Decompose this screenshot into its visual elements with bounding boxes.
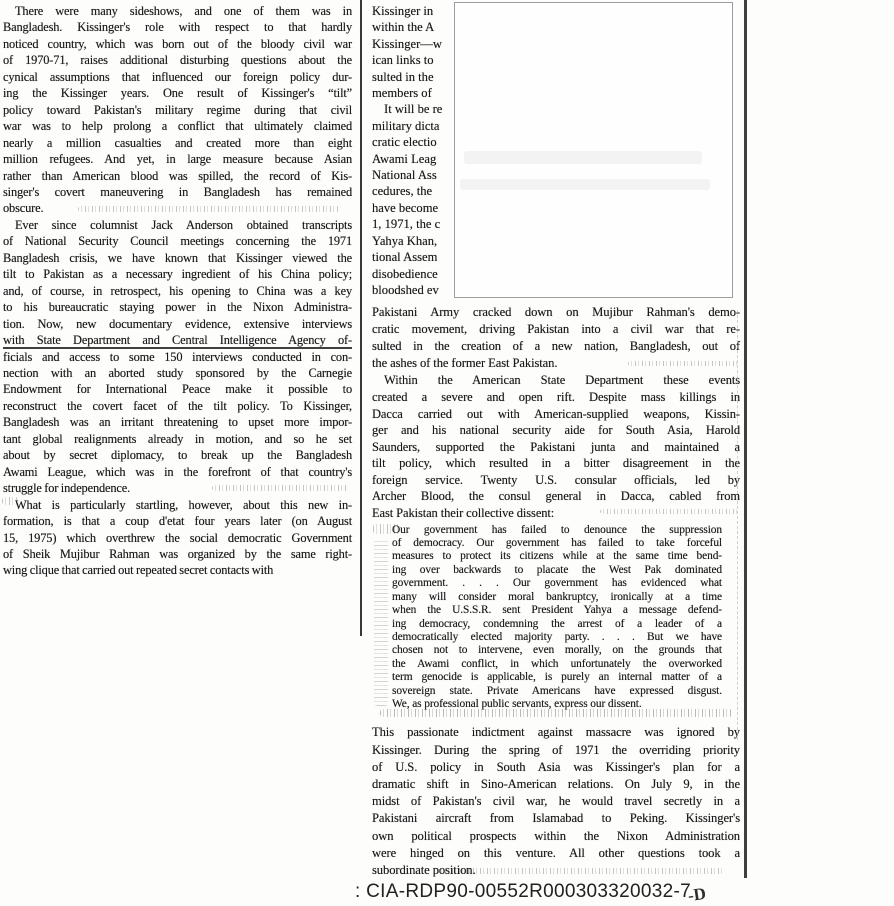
text-line: reconstruct the covert facet of the tilt… xyxy=(3,398,352,414)
text-line: tant global realignments already in moti… xyxy=(3,431,352,447)
text-line: tilt to Pakistan as a necessary ingredie… xyxy=(3,266,352,282)
text-line: sulted in the creation of a new nation, … xyxy=(372,338,740,355)
ghost-text-bar xyxy=(460,179,710,190)
text-line: Pakistani Army cracked down on Mujibur R… xyxy=(372,304,740,321)
scan-smudge xyxy=(78,206,340,212)
text-line: Bangladesh was an irritant threatening t… xyxy=(3,414,352,430)
page-right-border-rule xyxy=(744,0,747,878)
text-line: term genocide is applicable, is purely a… xyxy=(392,671,722,684)
text-line: of 1970-71, raises additional disturbing… xyxy=(3,52,352,68)
text-line: the Awami conflict, in which unfortunate… xyxy=(392,658,722,671)
text-line: Archer Blood, the consul general in Dacc… xyxy=(372,488,740,505)
scan-smudge xyxy=(600,509,738,514)
blockquote-dissent-cable: Our government has failed to denounce th… xyxy=(392,524,722,712)
text-line: Within the American State Department the… xyxy=(372,372,740,389)
text-line: to his bureaucratic staying power in the… xyxy=(3,299,352,315)
text-line: of National Security Council meetings co… xyxy=(3,233,352,249)
left-text-column: There were many sideshows, and one of th… xyxy=(3,3,352,579)
text-line: were hinged on this venture. All other q… xyxy=(372,845,740,862)
text-line: created a severe and open rift. Despite … xyxy=(372,389,740,406)
scan-smudge xyxy=(438,868,723,874)
column-divider-rule xyxy=(360,0,362,636)
text-line: Saunders, supported the Pakistani junta … xyxy=(372,439,740,456)
text-line: What is particularly startling, however,… xyxy=(3,497,352,513)
text-line: Endowment for International Peace make i… xyxy=(3,381,352,397)
scan-smudge xyxy=(2,497,18,505)
text-line: Bangladesh. Kissinger's role with respec… xyxy=(3,19,352,35)
text-line: of U.S. policy in South Asia was Kissing… xyxy=(372,759,740,776)
text-line: singer's covert maneuvering in Banglades… xyxy=(3,184,352,200)
text-line: Ever since columnist Jack Anderson obtai… xyxy=(3,217,352,233)
text-line: formation, is that a coup d'etat four ye… xyxy=(3,513,352,529)
text-line: dramatic shift in Sino-American relation… xyxy=(372,776,740,793)
text-line: tion. Now, new documentary evidence, ext… xyxy=(3,316,352,332)
text-line: 15, 1975) which overthrew the social dem… xyxy=(3,530,352,546)
text-line: of Sheik Mujibur Rahman was organized by… xyxy=(3,546,352,562)
text-line: There were many sideshows, and one of th… xyxy=(3,3,352,19)
text-line: about by secret diplomacy, to break up t… xyxy=(3,447,352,463)
text-line: with State Department and Central Intell… xyxy=(3,332,352,348)
text-line: Kissinger. During the spring of 1971 the… xyxy=(372,742,740,759)
text-line: chosen not to intervene, even morally, o… xyxy=(392,644,722,657)
text-line: midst of Pakistan's civil war, he would … xyxy=(372,793,740,810)
text-line: wing clique that carried out repeated se… xyxy=(3,562,352,578)
text-line: ing the Kissinger years. One result of K… xyxy=(3,85,352,101)
text-line: nearly a million casualties and created … xyxy=(3,135,352,151)
ghost-text-bar xyxy=(464,151,702,164)
text-line: Awami League, which was in the forefront… xyxy=(3,464,352,480)
text-line: nection with an aborted study sponsored … xyxy=(3,365,352,381)
text-line: ficials and access to some 150 interview… xyxy=(3,349,352,365)
text-line: Our government has failed to denounce th… xyxy=(392,524,722,537)
text-line: policy toward Pakistan's military regime… xyxy=(3,102,352,118)
text-line: noticed country, which was born out of t… xyxy=(3,36,352,52)
text-line: many will consider moral bankruptcy, iro… xyxy=(392,591,722,604)
text-line: government. . . . Our government has evi… xyxy=(392,577,722,590)
text-line: cratic movement, driving Pakistan into a… xyxy=(372,321,740,338)
text-line: This passionate indictment against massa… xyxy=(372,724,740,741)
blank-overlay-box xyxy=(454,2,733,298)
corner-stamp-mark: -D xyxy=(687,884,708,906)
text-line: own political prospects within the Nixon… xyxy=(372,828,740,845)
text-line: Pakistani aircraft from Islamabad to Pek… xyxy=(372,810,740,827)
scan-smudge xyxy=(373,524,401,534)
scan-artifact-dashed-rule xyxy=(737,310,738,740)
paragraph-state-department-rift: Within the American State Department the… xyxy=(372,372,740,521)
text-line: ing over backwards to placate the West P… xyxy=(392,564,722,577)
text-line: foreign service. Twenty U.S. consular of… xyxy=(372,472,740,489)
scan-smudge xyxy=(380,709,732,717)
text-line: democratically elected majority party. .… xyxy=(392,631,722,644)
text-line: of democracy. Our government has failed … xyxy=(392,537,722,550)
paragraph-closing: This passionate indictment against massa… xyxy=(372,724,740,879)
text-line: Dacca carried out with American-supplied… xyxy=(372,406,740,423)
scan-smudge xyxy=(628,361,738,366)
text-line: cynical assumptions that influenced our … xyxy=(3,69,352,85)
scanned-document-page: There were many sideshows, and one of th… xyxy=(0,0,894,906)
text-line: measures to protect its citizens while a… xyxy=(392,550,722,563)
text-line: and, of course, in retrospect, his openi… xyxy=(3,283,352,299)
text-line: when the U.S.S.R. sent President Yahya a… xyxy=(392,604,722,617)
document-reference-number: : CIA-RDP90-00552R000303320032-7 xyxy=(355,881,691,903)
text-line: war was to help prolong a conflict that … xyxy=(3,118,352,134)
text-line: ger and his national security aide for S… xyxy=(372,422,740,439)
text-line: sovereign state. Private Americans have … xyxy=(392,685,722,698)
text-line: Bangladesh crisis, we have known that Ki… xyxy=(3,250,352,266)
text-line: tilt policy, which resulted in a bitter … xyxy=(372,455,740,472)
scan-smudge-strip xyxy=(374,538,388,706)
text-line: ing democracy, condemning the arrest of … xyxy=(392,618,722,631)
text-line: rather than American blood was spilled, … xyxy=(3,168,352,184)
scan-smudge xyxy=(212,485,348,491)
text-line: million refugees. And yet, in large meas… xyxy=(3,151,352,167)
